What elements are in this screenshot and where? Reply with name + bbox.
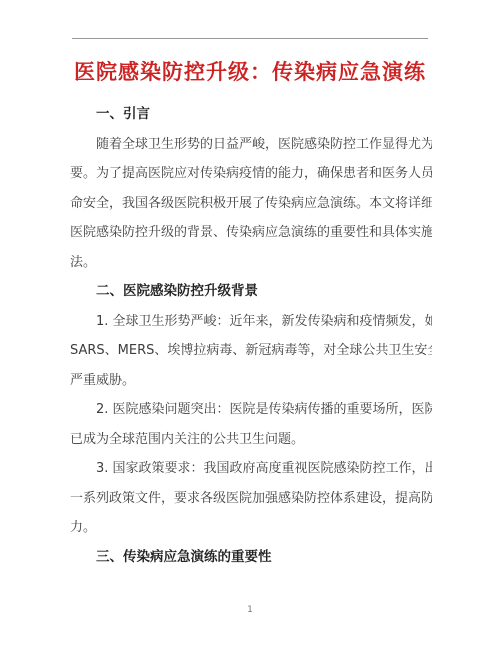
- paragraph-line: 2. 医院感染问题突出：医院是传染病传播的重要场所，医院感染: [70, 395, 432, 425]
- section-heading-2: 二、医院感染防控升级背景: [70, 277, 432, 307]
- paragraph-line: 力。: [70, 513, 432, 543]
- header-rule: [72, 38, 428, 39]
- section-heading-1: 一、引言: [70, 100, 432, 130]
- paragraph-line: 命安全，我国各级医院积极开展了传染病应急演练。本文将详细介绍: [70, 189, 432, 219]
- paragraph-line: 1. 全球卫生形势严峻：近年来，新发传染病和疫情频发，如: [70, 307, 432, 337]
- paragraph-line: 法。: [70, 248, 432, 278]
- paragraph-line: 一系列政策文件，要求各级医院加强感染防控体系建设，提高防控能: [70, 484, 432, 514]
- page-footer: 1: [0, 604, 500, 616]
- paragraph-line: 已成为全球范围内关注的公共卫生问题。: [70, 425, 432, 455]
- document-body: 一、引言 随着全球卫生形势的日益严峻，医院感染防控工作显得尤为重 要。为了提高医…: [70, 100, 432, 572]
- page-number: 1: [247, 605, 253, 615]
- document-page: 医院感染防控升级：传染病应急演练 一、引言 随着全球卫生形势的日益严峻，医院感染…: [0, 0, 500, 647]
- section-heading-3: 三、传染病应急演练的重要性: [70, 543, 432, 573]
- paragraph-line: 要。为了提高医院应对传染病疫情的能力，确保患者和医务人员的生: [70, 159, 432, 189]
- paragraph-line: 严重威胁。: [70, 366, 432, 396]
- paragraph-line: 随着全球卫生形势的日益严峻，医院感染防控工作显得尤为重: [70, 130, 432, 160]
- paragraph-line: 医院感染防控升级的背景、传染病应急演练的重要性和具体实施方: [70, 218, 432, 248]
- paragraph-line: 3. 国家政策要求：我国政府高度重视医院感染防控工作，出台了: [70, 454, 432, 484]
- document-title: 医院感染防控升级：传染病应急演练: [0, 57, 500, 87]
- paragraph-line: SARS、MERS、埃博拉病毒、新冠病毒等，对全球公共卫生安全构成: [70, 336, 432, 366]
